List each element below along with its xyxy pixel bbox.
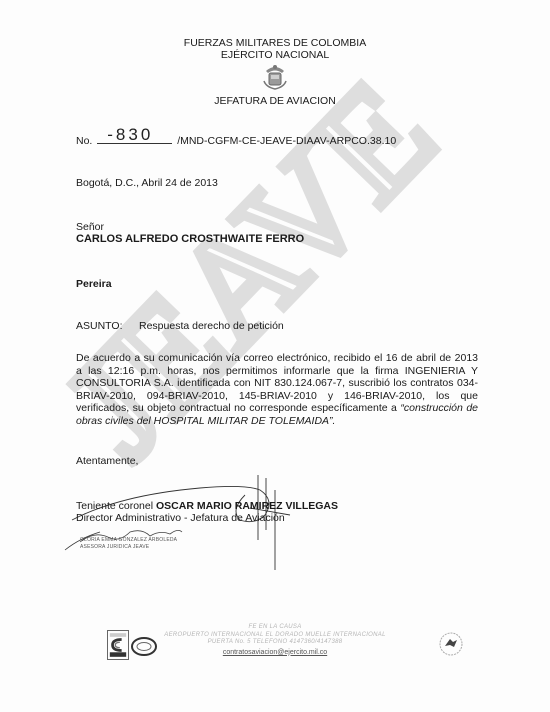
signatory-name: Teniente coronel OSCAR MARIO RAMIREZ VIL…: [76, 500, 338, 512]
header-department: JEFATURA DE AVIACION: [0, 95, 550, 107]
footer: FE EN LA CAUSA AEROPUERTO INTERNACIONAL …: [0, 624, 550, 657]
subject-label: ASUNTO:: [76, 320, 139, 332]
initials-name: GLORIA EMMA GONZALEZ ARBOLEDA: [80, 537, 177, 543]
recipient-name: CARLOS ALFREDO CROSTHWAITE FERRO: [76, 233, 304, 245]
footer-phone: PUERTA No. 5 TELEFONO 4147360/4147388: [0, 639, 550, 647]
signatory-rank: Teniente coronel: [76, 500, 156, 512]
coat-of-arms-icon: [262, 63, 288, 91]
reference-code: /MND-CGFM-CE-JEAVE-DIAAV-ARPCO.38.10: [177, 135, 396, 147]
reference-prefix: No.: [76, 135, 92, 147]
footer-motto: FE EN LA CAUSA: [0, 624, 550, 632]
letter-body: De acuerdo a su comunicación vía correo …: [76, 352, 478, 428]
header-institution: FUERZAS MILITARES DE COLOMBIA: [0, 37, 550, 49]
aviation-emblem-logo-icon: [438, 632, 464, 656]
signatory-role: Director Administrativo - Jefatura de Av…: [76, 512, 285, 524]
recipient-city: Pereira: [76, 278, 112, 290]
reference-number: No. -830 /MND-CGFM-CE-JEAVE-DIAAV-ARPCO.…: [76, 131, 396, 147]
reference-number-value: -830: [107, 125, 153, 145]
signatory-fullname: OSCAR MARIO RAMIREZ VILLEGAS: [156, 500, 338, 512]
signature-icon: [60, 470, 320, 580]
subject-text: Respuesta derecho de petición: [139, 320, 284, 332]
footer-email-link[interactable]: contratosaviacion@ejercito.mil.co: [0, 648, 550, 657]
closing: Atentamente,: [76, 455, 138, 467]
footer-address: AEROPUERTO INTERNACIONAL EL DORADO MUELL…: [0, 632, 550, 640]
letter-page: JEAVE FUERZAS MILITARES DE COLOMBIA EJÉR…: [0, 0, 550, 712]
subject-line: ASUNTO:Respuesta derecho de petición: [76, 320, 284, 332]
recipient-salutation: Señor: [76, 221, 104, 233]
initials-role: ASESORA JURIDICA JEAVE: [80, 544, 149, 550]
header-army: EJÉRCITO NACIONAL: [0, 49, 550, 61]
reference-number-field: -830: [97, 131, 172, 144]
letter-date: Bogotá, D.C., Abril 24 de 2013: [76, 177, 218, 189]
